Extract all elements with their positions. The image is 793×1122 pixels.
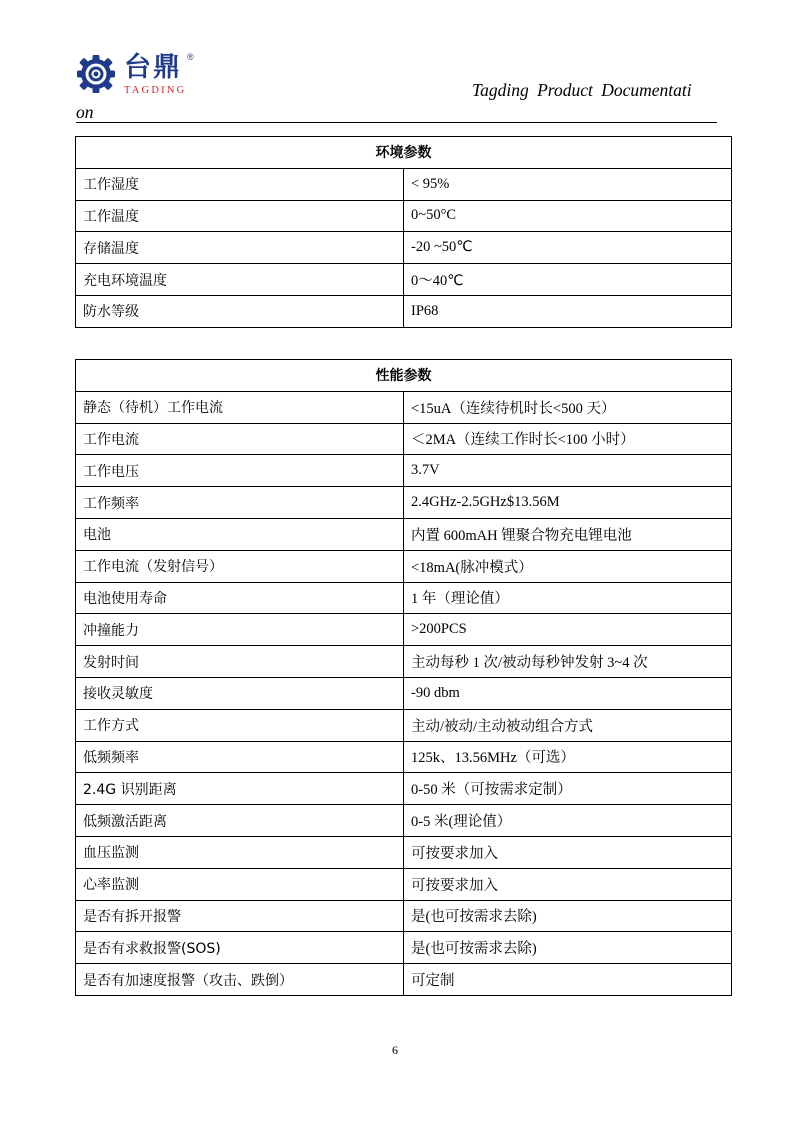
- param-label: 发射时间: [76, 646, 404, 678]
- param-value: 0～40℃: [404, 264, 732, 296]
- brand-name-chinese: 台鼎: [124, 54, 182, 82]
- param-value: 可按要求加入: [404, 836, 732, 868]
- table-title: 环境参数: [76, 137, 732, 169]
- param-value: 0-50 米（可按需求定制）: [404, 773, 732, 805]
- param-value: IP68: [404, 295, 732, 327]
- param-label: 工作电流: [76, 423, 404, 455]
- table-row: 工作电压3.7V: [76, 455, 732, 487]
- environment-parameters-table: 环境参数 工作湿度< 95% 工作温度0~50°C 存储温度-20 ~50℃ 充…: [75, 136, 732, 328]
- table-row: 发射时间主动每秒 1 次/被动每秒钟发射 3~4 次: [76, 646, 732, 678]
- param-label: 接收灵敏度: [76, 677, 404, 709]
- param-label: 电池: [76, 518, 404, 550]
- table-row: 静态（待机）工作电流<15uA（连续待机时长<500 天）: [76, 391, 732, 423]
- table-row: 防水等级IP68: [76, 295, 732, 327]
- param-label: 工作温度: [76, 200, 404, 232]
- param-value: 3.7V: [404, 455, 732, 487]
- param-value: < 95%: [404, 168, 732, 200]
- table-row: 电池内置 600mAH 锂聚合物充电锂电池: [76, 518, 732, 550]
- table-row: 冲撞能力>200PCS: [76, 614, 732, 646]
- param-value: 是(也可按需求去除): [404, 932, 732, 964]
- table-row: 2.4G 识别距离0-50 米（可按需求定制）: [76, 773, 732, 805]
- brand-name-english: TAGDING: [124, 85, 186, 96]
- param-label: 2.4G 识别距离: [76, 773, 404, 805]
- param-label: 心率监测: [76, 868, 404, 900]
- param-value: <15uA（连续待机时长<500 天）: [404, 391, 732, 423]
- table-row: 充电环境温度0～40℃: [76, 264, 732, 296]
- document-title: Tagding Product Documentati: [472, 80, 692, 100]
- registered-mark: ®: [187, 52, 194, 62]
- table-row: 心率监测可按要求加入: [76, 868, 732, 900]
- param-value: 可定制: [404, 964, 732, 996]
- param-value: 0~50°C: [404, 200, 732, 232]
- table-row: 工作方式主动/被动/主动被动组合方式: [76, 709, 732, 741]
- param-value: -90 dbm: [404, 677, 732, 709]
- table-row: 血压监测可按要求加入: [76, 836, 732, 868]
- table-row: 低频频率125k、13.56MHz（可选）: [76, 741, 732, 773]
- param-label: 静态（待机）工作电流: [76, 391, 404, 423]
- table-row: 工作温度0~50°C: [76, 200, 732, 232]
- param-value: 125k、13.56MHz（可选）: [404, 741, 732, 773]
- param-label: 是否有求救报警(SOS): [76, 932, 404, 964]
- param-value: -20 ~50℃: [404, 232, 732, 264]
- table-row: 工作电流（发射信号）<18mA(脉冲模式）: [76, 550, 732, 582]
- param-value: 2.4GHz-2.5GHz$13.56M: [404, 487, 732, 519]
- table-row: 存储温度-20 ~50℃: [76, 232, 732, 264]
- param-value: >200PCS: [404, 614, 732, 646]
- param-value: 可按要求加入: [404, 868, 732, 900]
- performance-parameters-table: 性能参数 静态（待机）工作电流<15uA（连续待机时长<500 天） 工作电流＜…: [75, 359, 732, 996]
- param-value: <18mA(脉冲模式）: [404, 550, 732, 582]
- param-value: 是(也可按需求去除): [404, 900, 732, 932]
- param-value: 内置 600mAH 锂聚合物充电锂电池: [404, 518, 732, 550]
- param-value: 主动每秒 1 次/被动每秒钟发射 3~4 次: [404, 646, 732, 678]
- param-label: 冲撞能力: [76, 614, 404, 646]
- header-divider: [76, 122, 717, 123]
- param-value: 0-5 米(理论值）: [404, 805, 732, 837]
- table-row: 电池使用寿命1 年（理论值）: [76, 582, 732, 614]
- table-row: 是否有加速度报警（攻击、跌倒）可定制: [76, 964, 732, 996]
- param-label: 低频激活距离: [76, 805, 404, 837]
- param-label: 工作电压: [76, 455, 404, 487]
- page-header: 台鼎 ® TAGDING Tagding Product Documentati…: [0, 0, 793, 125]
- param-label: 充电环境温度: [76, 264, 404, 296]
- table-row: 接收灵敏度-90 dbm: [76, 677, 732, 709]
- document-title-wrap: on: [76, 102, 94, 122]
- table-header-row: 环境参数: [76, 137, 732, 169]
- table-row: 工作湿度< 95%: [76, 168, 732, 200]
- gear-target-logo-icon: [74, 54, 118, 94]
- page-number: 6: [392, 1043, 398, 1058]
- tagding-logo-icon: [74, 54, 120, 94]
- param-value: ＜2MA（连续工作时长<100 小时）: [404, 423, 732, 455]
- table-row: 工作电流＜2MA（连续工作时长<100 小时）: [76, 423, 732, 455]
- table-title: 性能参数: [76, 360, 732, 392]
- param-value: 1 年（理论值）: [404, 582, 732, 614]
- param-label: 电池使用寿命: [76, 582, 404, 614]
- param-label: 工作湿度: [76, 168, 404, 200]
- param-label: 血压监测: [76, 836, 404, 868]
- table-row: 低频激活距离0-5 米(理论值）: [76, 805, 732, 837]
- table-header-row: 性能参数: [76, 360, 732, 392]
- param-value: 主动/被动/主动被动组合方式: [404, 709, 732, 741]
- param-label: 防水等级: [76, 295, 404, 327]
- param-label: 是否有加速度报警（攻击、跌倒）: [76, 964, 404, 996]
- param-label: 工作方式: [76, 709, 404, 741]
- param-label: 工作电流（发射信号）: [76, 550, 404, 582]
- param-label: 工作频率: [76, 487, 404, 519]
- table-row: 工作频率2.4GHz-2.5GHz$13.56M: [76, 487, 732, 519]
- param-label: 低频频率: [76, 741, 404, 773]
- table-row: 是否有拆开报警是(也可按需求去除): [76, 900, 732, 932]
- param-label: 存储温度: [76, 232, 404, 264]
- param-label: 是否有拆开报警: [76, 900, 404, 932]
- table-row: 是否有求救报警(SOS)是(也可按需求去除): [76, 932, 732, 964]
